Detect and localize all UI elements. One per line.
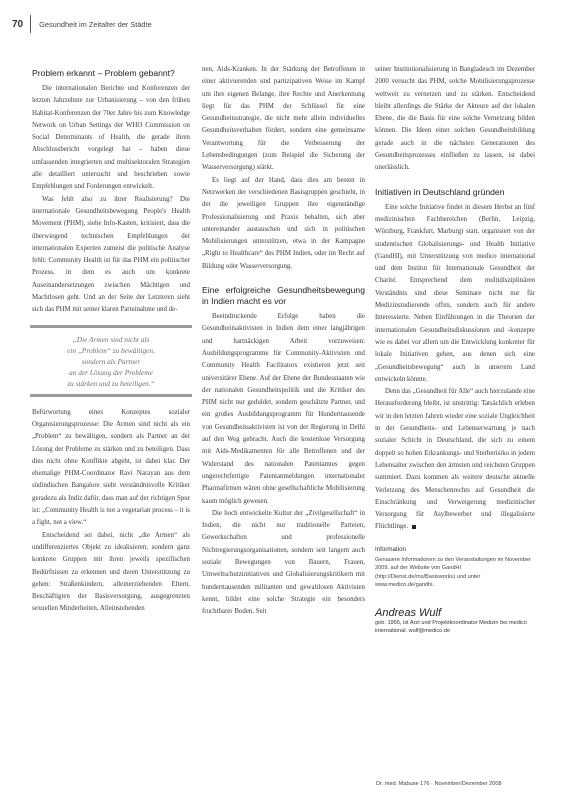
pull-quote-line: „Die Armen sind nicht als [34,334,188,345]
paragraph: Befürwortung eines Konzeptes sozialer Or… [32,407,190,530]
paragraph: Die hoch entwickelte Kultur der „Zivilge… [202,508,365,619]
pull-quote: „Die Armen sind nicht als ein „Problem“ … [30,325,192,397]
paragraph: Was fehlt also zu ihrer Realisierung? Di… [32,194,190,317]
page-number: 70 [12,19,23,30]
info-text: Genauere Informationen zu den Veranstalt… [375,556,535,589]
paragraph: Beeindruckende Erfolge haben die Gesundh… [202,311,365,508]
section-heading-india: Eine erfolgreiche Gesundheitsbewegung in… [202,285,365,307]
page-footer: Dr. med. Mabuse 176 · November/Dezember … [376,781,502,787]
section-heading-problem: Problem erkannt – Problem gebannt? [32,68,190,79]
info-label: Information [375,544,535,556]
author-bio: geb. 1965, ist Arzt und Projektkoordinat… [375,619,535,635]
paragraph-text: Denn das „Gesundheit für Alle“ auch hier… [375,388,535,530]
paragraph: Entscheidend sei dabei, nicht „die Armen… [32,530,190,616]
paragraph: Eine solche Initiative findet in diesem … [375,202,535,386]
column-2: nen, Aids-Kranken. In der Stärkung der B… [202,64,365,618]
paragraph: nen, Aids-Kranken. In der Stärkung der B… [202,64,365,175]
author-name: Andreas Wulf [375,607,535,619]
column-1: Problem erkannt – Problem gebannt? Die i… [32,68,190,616]
page-header: 70 Gesundheit im Zeitalter der Städte [12,17,152,31]
running-title: Gesundheit im Zeitalter der Städte [39,20,152,29]
column-3: seiner Institutionalisierung in Banglade… [375,64,535,635]
header-divider [30,15,31,33]
paragraph: Die internationalen Berichte und Konfere… [32,83,190,194]
pull-quote-line: sondern als Partner [34,356,188,367]
paragraph: seiner Institutionalisierung in Banglade… [375,64,535,175]
pull-quote-line: ein „Problem“ zu bewältigen, [34,345,188,356]
end-of-article-icon [412,525,416,529]
pull-quote-line: an der Lösung der Probleme [34,367,188,378]
paragraph: Es liegt auf der Hand, dass dies am best… [202,175,365,273]
section-heading-germany: Initiativen in Deutschland gründen [375,187,535,198]
pull-quote-line: zu stärken und zu beteiligen.“ [34,378,188,389]
paragraph: Denn das „Gesundheit für Alle“ auch hier… [375,386,535,534]
